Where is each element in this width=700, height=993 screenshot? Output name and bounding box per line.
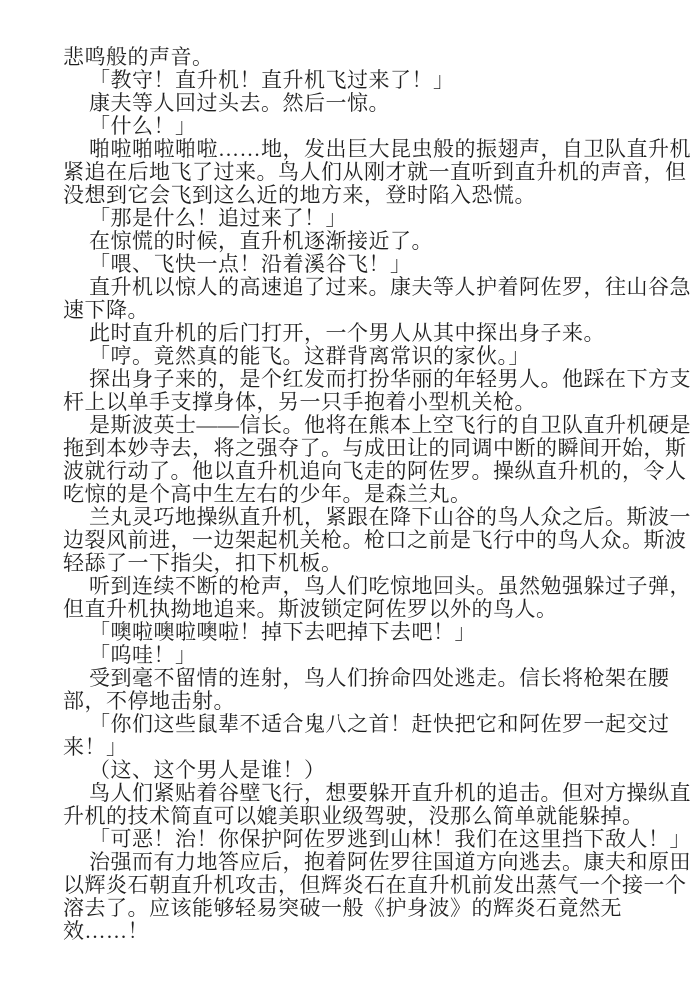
- text-line: 啪啦啪啦啪啦……地，发出巨大昆虫般的振翅声，自卫队直升机: [63, 138, 696, 161]
- text-line: 升机的技术简直可以媲美职业级驾驶，没那么简单就能躲掉。: [63, 805, 696, 828]
- text-line: 是斯波英士——信长。他将在熊本上空飞行的自卫队直升机硬是: [63, 414, 696, 437]
- text-line: 边裂风前进，一边架起机关枪。枪口之前是飞行中的鸟人众。斯波: [63, 529, 696, 552]
- novel-text-block: 悲鸣般的声音。「教守！直升机！直升机飞过来了！」康夫等人回过头去。然后一惊。「什…: [63, 46, 696, 943]
- text-line: 「你们这些鼠辈不适合鬼八之首！赶快把它和阿佐罗一起交过: [63, 713, 696, 736]
- text-line: 兰丸灵巧地操纵直升机，紧跟在降下山谷的鸟人众之后。斯波一: [63, 506, 696, 529]
- text-line: 来！」: [63, 736, 696, 759]
- text-line: 直升机以惊人的高速追了过来。康夫等人护着阿佐罗，往山谷急: [63, 276, 696, 299]
- text-line: 杆上以单手支撑身体，另一只手抱着小型机关枪。: [63, 391, 696, 414]
- text-line: 「那是什么！追过来了！」: [63, 207, 696, 230]
- text-line: （这、这个男人是谁！）: [63, 759, 696, 782]
- text-line: 「喂、飞快一点！沿着溪谷飞！」: [63, 253, 696, 276]
- text-line: 探出身子来的，是个红发而打扮华丽的年轻男人。他踩在下方支: [63, 368, 696, 391]
- text-line: 治强而有力地答应后，抱着阿佐罗往国道方向逃去。康夫和原田: [63, 851, 696, 874]
- text-line: 效……！: [63, 920, 696, 943]
- text-line: 「教守！直升机！直升机飞过来了！」: [63, 69, 696, 92]
- text-line: 以辉炎石朝直升机攻击，但辉炎石在直升机前发出蒸气一个接一个: [63, 874, 696, 897]
- text-line: 「哼。竟然真的能飞。这群背离常识的家伙。」: [63, 345, 696, 368]
- text-line: 拖到本妙寺去，将之强夺了。与成田让的同调中断的瞬间开始，斯: [63, 437, 696, 460]
- text-line: 溶去了。应该能够轻易突破一般《护身波》的辉炎石竟然无: [63, 897, 696, 920]
- text-line: 波就行动了。他以直升机追向飞走的阿佐罗。操纵直升机的，令人: [63, 460, 696, 483]
- text-line: 「什么！」: [63, 115, 696, 138]
- text-line: 「噢啦噢啦噢啦！掉下去吧掉下去吧！」: [63, 621, 696, 644]
- text-line: 悲鸣般的声音。: [63, 46, 696, 69]
- text-line: 速下降。: [63, 299, 696, 322]
- text-line: 没想到它会飞到这么近的地方来，登时陷入恐慌。: [63, 184, 696, 207]
- text-line: 轻舔了一下指尖，扣下机板。: [63, 552, 696, 575]
- text-line: 部，不停地击射。: [63, 690, 696, 713]
- text-line: 受到毫不留情的连射，鸟人们拚命四处逃走。信长将枪架在腰: [63, 667, 696, 690]
- text-line: 康夫等人回过头去。然后一惊。: [63, 92, 696, 115]
- text-line: 但直升机执拗地追来。斯波锁定阿佐罗以外的鸟人。: [63, 598, 696, 621]
- text-line: 在惊慌的时候，直升机逐渐接近了。: [63, 230, 696, 253]
- text-line: 「呜哇！」: [63, 644, 696, 667]
- document-page: 悲鸣般的声音。「教守！直升机！直升机飞过来了！」康夫等人回过头去。然后一惊。「什…: [0, 0, 700, 993]
- text-line: 「可恶！治！你保护阿佐罗逃到山林！我们在这里挡下敌人！」: [63, 828, 696, 851]
- text-line: 听到连续不断的枪声，鸟人们吃惊地回头。虽然勉强躲过子弹，: [63, 575, 696, 598]
- text-line: 此时直升机的后门打开，一个男人从其中探出身子来。: [63, 322, 696, 345]
- text-line: 吃惊的是个高中生左右的少年。是森兰丸。: [63, 483, 696, 506]
- text-line: 紧追在后地飞了过来。鸟人们从刚才就一直听到直升机的声音，但: [63, 161, 696, 184]
- text-line: 鸟人们紧贴着谷壁飞行，想要躲开直升机的追击。但对方操纵直: [63, 782, 696, 805]
